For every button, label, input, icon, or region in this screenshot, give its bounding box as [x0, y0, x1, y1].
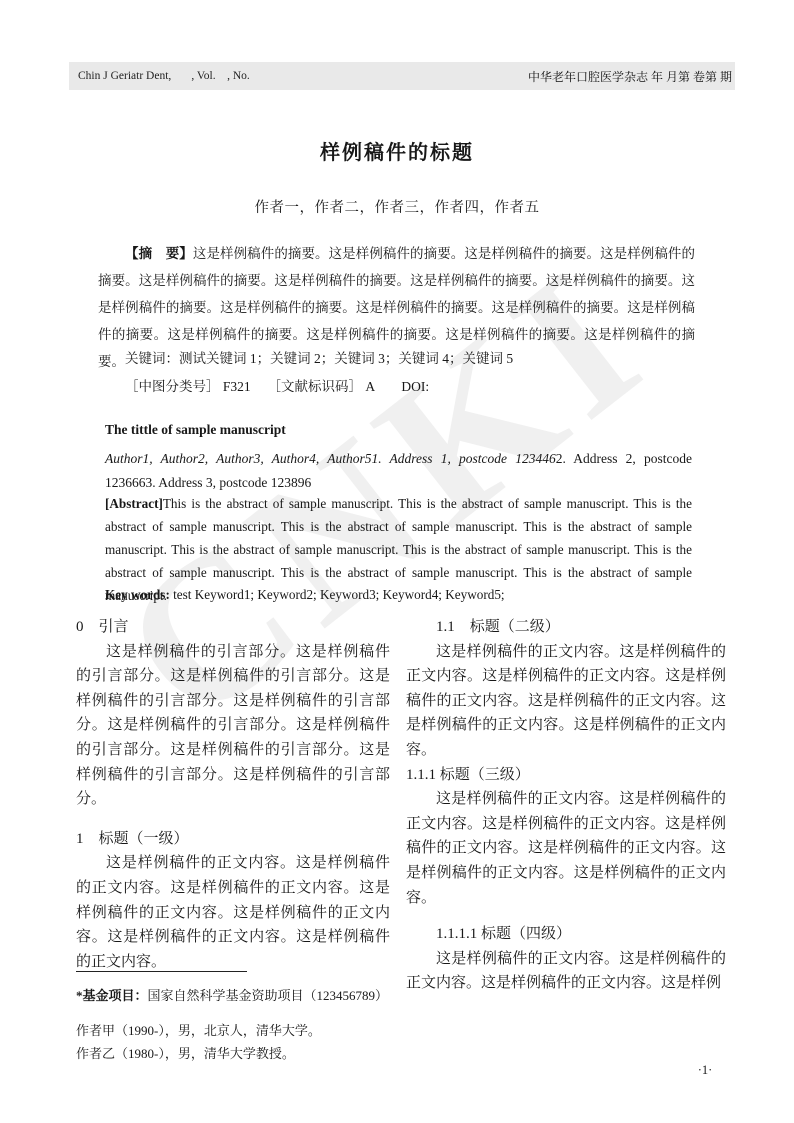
section-heading-level1: 1 标题（一级）: [76, 827, 390, 852]
body-column-left: 0 引言 这是样例稿件的引言部分。这是样例稿件的引言部分。这是样例稿件的引言部分…: [76, 615, 390, 974]
author-bio-line: 作者乙（1980-），男，清华大学教授。: [76, 1046, 295, 1061]
funding-label: *基金项目：: [76, 988, 148, 1003]
body-column-right: 1.1 标题（二级） 这是样例稿件的正文内容。这是样例稿件的正文内容。这是样例稿…: [406, 615, 726, 996]
body-paragraph-level4: 这是样例稿件的正文内容。这是样例稿件的正文内容。这是样例稿件的正文内容。这是样例: [406, 947, 726, 996]
authors-cn: 作者一，作者二，作者三，作者四，作者五: [0, 196, 794, 217]
section-heading-level3: 1.1.1 标题（三级）: [406, 763, 726, 788]
section-heading-level2: 1.1 标题（二级）: [406, 615, 726, 640]
article-title-en: The tittle of sample manuscript: [105, 422, 692, 438]
keywords-text-en: test Keyword1; Keyword2; Keyword3; Keywo…: [170, 587, 505, 602]
abstract-label-en: [Abstract]: [105, 496, 163, 511]
funding-text: 国家自然科学基金资助项目（123456789）: [148, 988, 389, 1003]
keywords-text-cn: 测试关键词 1；关键词 2；关键词 3；关键词 4；关键词 5: [179, 351, 513, 366]
section-heading-level4: 1.1.1.1 标题（四级）: [406, 922, 726, 947]
keywords-label-cn: 关键词：: [125, 351, 179, 366]
journal-name-cn: 中华老年口腔医学杂志 年 月第 卷第 期: [528, 68, 732, 85]
abstract-label-cn: 【摘 要】: [125, 246, 193, 261]
article-title-cn: 样例稿件的标题: [0, 136, 794, 165]
running-header: Chin J Geriatr Dent, , Vol. , No. 中华老年口腔…: [69, 62, 735, 90]
document-page: CNKI Chin J Geriatr Dent, , Vol. , No. 中…: [0, 0, 794, 1123]
keywords-cn: 关键词：测试关键词 1；关键词 2；关键词 3；关键词 4；关键词 5: [98, 349, 695, 369]
section-heading-intro: 0 引言: [76, 615, 390, 640]
footnote-separator: [76, 971, 247, 972]
body-paragraph-level2: 这是样例稿件的正文内容。这是样例稿件的正文内容。这是样例稿件的正文内容。这是样例…: [406, 640, 726, 763]
classification-line: ［中图分类号］ F321 ［文献标识码］ A DOI:: [98, 377, 695, 397]
author-bio-line: 作者甲（1990-），男，北京人，清华大学。: [76, 1023, 321, 1038]
authors-en: Author1, Author2, Author3, Author4, Auth…: [105, 447, 692, 494]
keywords-label-en: Key words:: [105, 587, 170, 602]
page-number: ·1·: [683, 1063, 727, 1078]
author-bios: 作者甲（1990-），男，北京人，清华大学。 作者乙（1980-），男，清华大学…: [76, 1020, 436, 1065]
authors-en-italic: Author1, Author2, Author3, Author4, Auth…: [105, 451, 556, 466]
funding-footnote: *基金项目：国家自然科学基金资助项目（123456789）: [76, 986, 436, 1006]
intro-paragraph: 这是样例稿件的引言部分。这是样例稿件的引言部分。这是样例稿件的引言部分。这是样例…: [76, 640, 390, 812]
body-paragraph-level3: 这是样例稿件的正文内容。这是样例稿件的正文内容。这是样例稿件的正文内容。这是样例…: [406, 787, 726, 910]
journal-name-en: Chin J Geriatr Dent, , Vol. , No.: [78, 70, 250, 82]
body-paragraph-level1: 这是样例稿件的正文内容。这是样例稿件的正文内容。这是样例稿件的正文内容。这是样例…: [76, 851, 390, 974]
keywords-en: Key words: test Keyword1; Keyword2; Keyw…: [105, 583, 692, 606]
